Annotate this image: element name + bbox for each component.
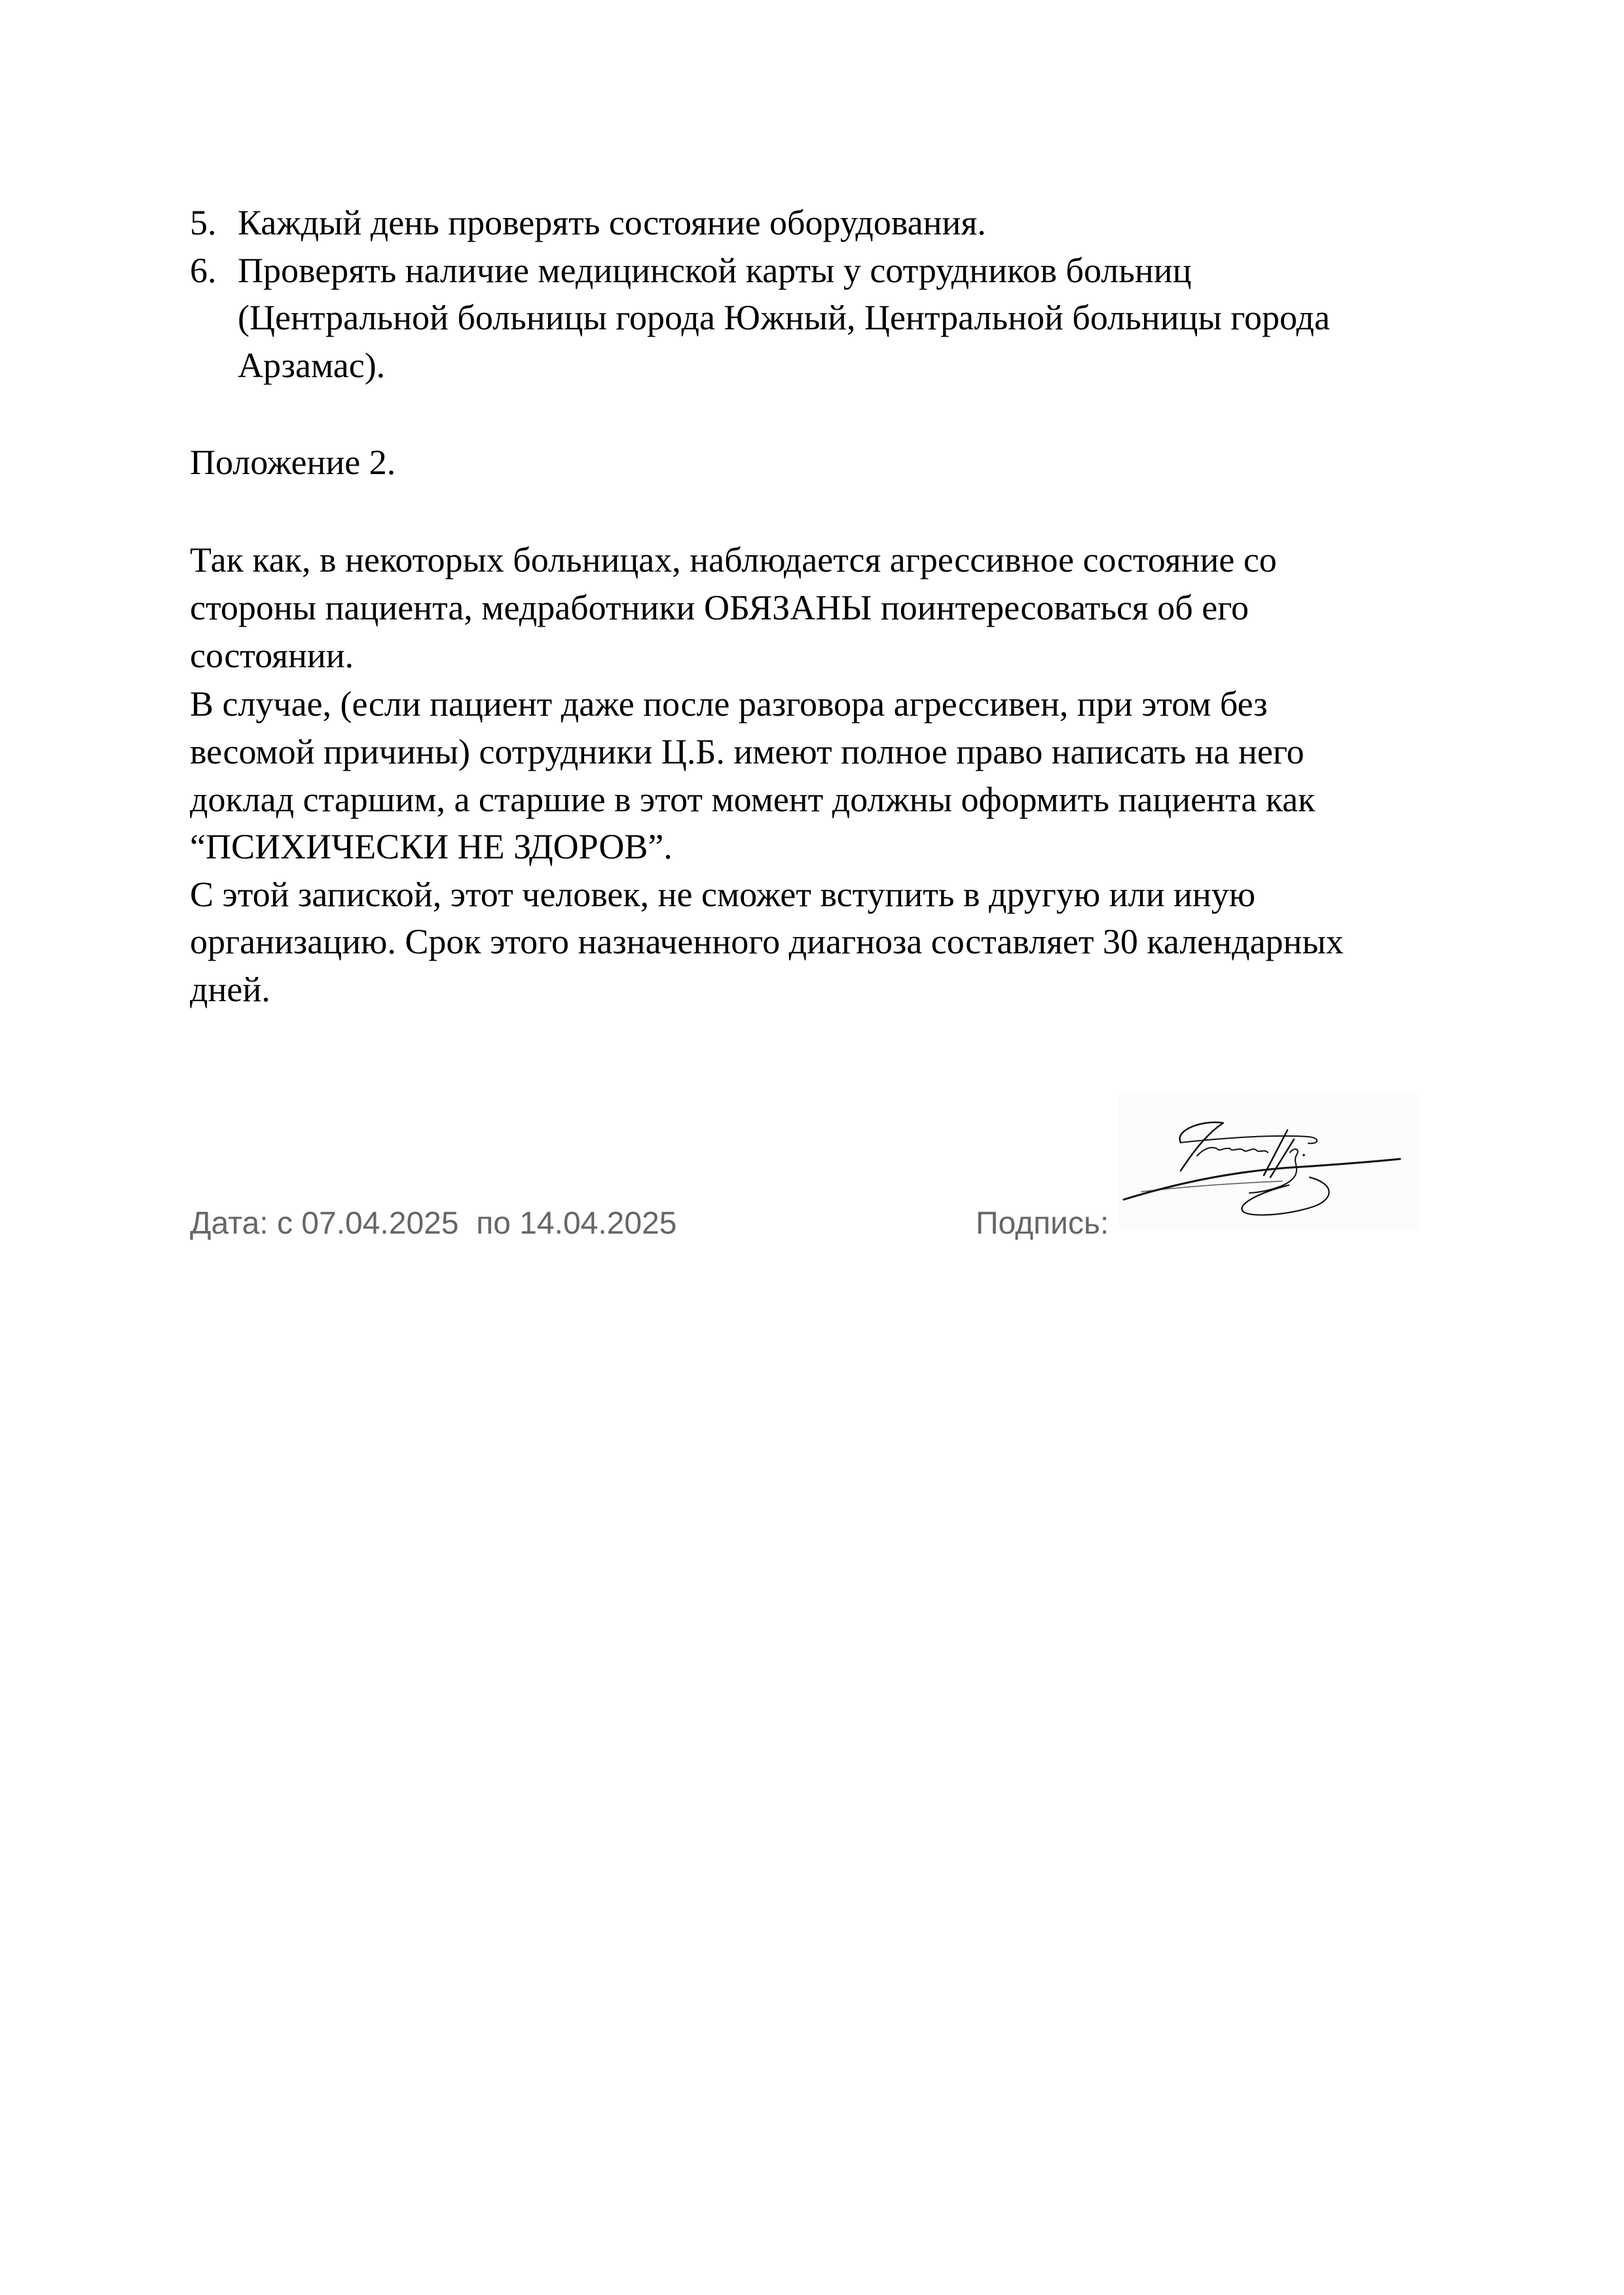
list-number-5: 5. [190, 205, 217, 240]
paragraph-2-line-1: В случае, (если пациент даже после разго… [190, 686, 1268, 722]
list-number-6: 6. [190, 253, 217, 288]
list-item-6-line-2: (Центральной больницы города Южный, Цент… [238, 300, 1330, 335]
paragraph-2-line-3: доклад старшим, а старшие в этот момент … [190, 782, 1315, 817]
paragraph-3-line-1: С этой запиской, этот человек, не сможет… [190, 877, 1255, 912]
paragraph-3-line-3: дней. [190, 972, 270, 1007]
paragraph-2-line-4: “ПСИХИЧЕСКИ НЕ ЗДОРОВ”. [190, 829, 673, 864]
list-item-5-line-1: Каждый день проверять состояние оборудов… [238, 205, 986, 240]
list-item-6-line-1: Проверять наличие медицинской карты у со… [238, 253, 1192, 288]
date-range-label: Дата: с 07.04.2025 по 14.04.2025 [190, 1208, 676, 1239]
paragraph-2-line-2: весомой причины) сотрудники Ц.Б. имеют п… [190, 734, 1304, 769]
paragraph-1-line-1: Так как, в некоторых больницах, наблюдае… [190, 542, 1277, 578]
signature-icon [1118, 1093, 1420, 1230]
paragraph-1-line-3: состоянии. [190, 638, 354, 673]
paragraph-3-line-2: организацию. Срок этого назначенного диа… [190, 924, 1344, 959]
document-page: 5. Каждый день проверять состояние обору… [0, 0, 1624, 2295]
list-item-6-line-3: Арзамас). [238, 348, 385, 383]
paragraph-1-line-2: стороны пациента, медработники ОБЯЗАНЫ п… [190, 590, 1249, 625]
section-heading: Положение 2. [190, 445, 396, 480]
signature-label: Подпись: [976, 1208, 1109, 1239]
